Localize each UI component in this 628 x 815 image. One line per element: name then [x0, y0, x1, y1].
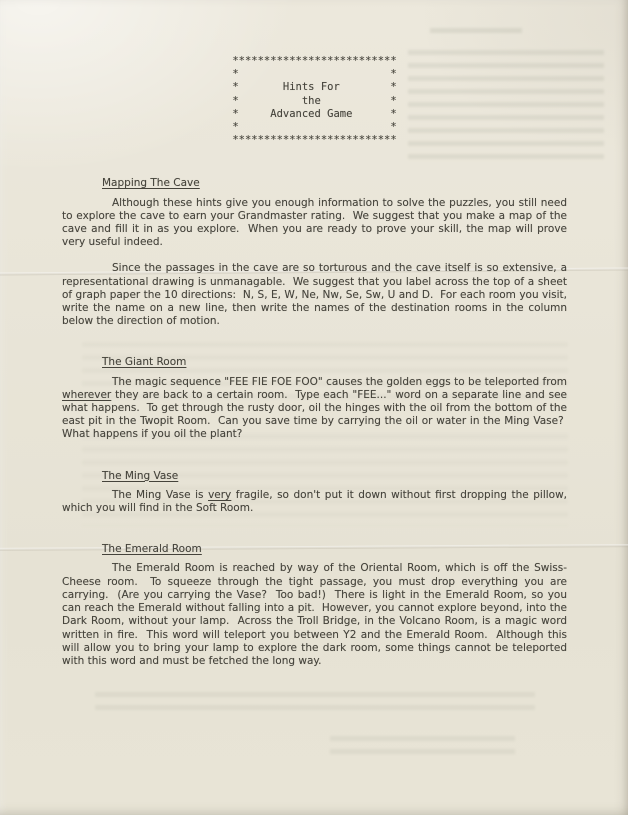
paragraph-text: The magic sequence "FEE FIE FOE FOO" cau… — [112, 376, 567, 388]
section-heading-the-giant-room: The Giant Room — [102, 356, 567, 369]
section-heading-the-ming-vase: The Ming Vase — [102, 470, 567, 483]
section-heading-the-emerald-room: The Emerald Room — [102, 543, 567, 556]
scanned-page: ************************** * * * Hints F… — [0, 0, 628, 815]
paragraph: The Emerald Room is reached by way of th… — [62, 562, 567, 668]
underlined-word: wherever — [62, 389, 111, 401]
section-the-emerald-room: The Emerald Room The Emerald Room is rea… — [62, 543, 567, 668]
section-mapping-the-cave: Mapping The Cave Although these hints gi… — [62, 177, 567, 328]
underlined-word: very — [208, 489, 231, 501]
bleed-through-text — [330, 736, 515, 760]
paragraph-text: they are back to a certain room. Type ea… — [62, 389, 567, 441]
section-the-giant-room: The Giant Room The magic sequence "FEE F… — [62, 356, 567, 441]
paragraph: The Ming Vase is very fragile, so don't … — [62, 489, 567, 515]
bleed-through-text — [95, 692, 535, 718]
section-heading-mapping-the-cave: Mapping The Cave — [102, 177, 567, 190]
paragraph: Although these hints give you enough inf… — [62, 197, 567, 250]
typewritten-content: ************************** * * * Hints F… — [62, 0, 567, 681]
section-the-ming-vase: The Ming Vase The Ming Vase is very frag… — [62, 470, 567, 516]
paragraph-text: The Ming Vase is — [112, 489, 208, 501]
paragraph: Since the passages in the cave are so to… — [62, 262, 567, 328]
title-box: ************************** * * * Hints F… — [232, 55, 396, 147]
paragraph: The magic sequence "FEE FIE FOE FOO" cau… — [62, 376, 567, 442]
